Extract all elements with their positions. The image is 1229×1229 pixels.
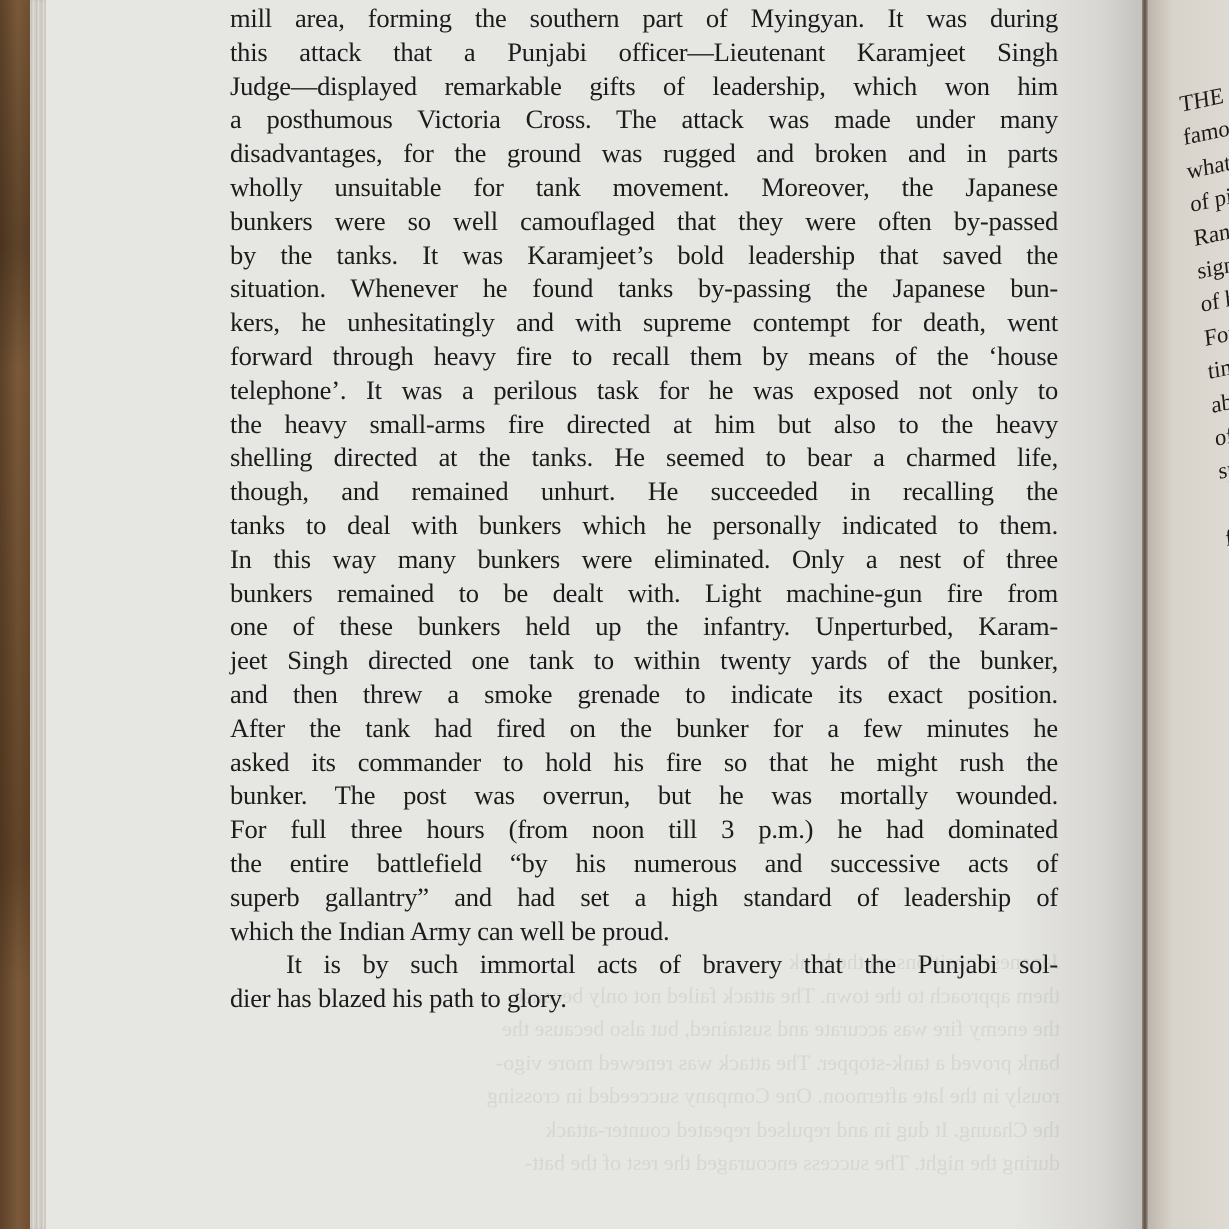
text-line: one of these bunkers held up the infantr… (230, 610, 1058, 644)
right-book-page: THE J famous what K of pilg Ranjit signa… (1148, 0, 1229, 1229)
body-text: mill area, forming the southern part of … (230, 2, 1058, 1016)
text-line: asked its commander to hold his fire so … (230, 746, 1058, 780)
text-line: superb gallantry” and had set a high sta… (230, 881, 1058, 915)
text-line: wholly unsuitable for tank movement. Mor… (230, 171, 1058, 205)
text-line: forward through heavy fire to recall the… (230, 340, 1058, 374)
text-line: After the tank had fired on the bunker f… (230, 712, 1058, 746)
text-line: Judge—displayed remarkable gifts of lead… (230, 70, 1058, 104)
text-line: bunkers were so well camouflaged that th… (230, 205, 1058, 239)
text-line: mill area, forming the southern part of … (230, 2, 1058, 36)
text-line: bunker. The post was overrun, but he was… (230, 779, 1058, 813)
paragraph-end-line: which the Indian Army can well be proud. (230, 915, 1058, 949)
paragraph-end-line: dier has blazed his path to glory. (230, 982, 1058, 1016)
text-line: and then threw a smoke grenade to indica… (230, 678, 1058, 712)
text-line: the entire battlefield “by his numerous … (230, 847, 1058, 881)
text-line: this attack that a Punjabi officer—Lieut… (230, 36, 1058, 70)
text-line: a posthumous Victoria Cross. The attack … (230, 103, 1058, 137)
text-fragment: THE J (1178, 46, 1229, 121)
text-line: shelling directed at the tanks. He seeme… (230, 441, 1058, 475)
text-line: bunkers remained to be dealt with. Light… (230, 577, 1058, 611)
text-line: For full three hours (from noon till 3 p… (230, 813, 1058, 847)
text-line: kers, he unhesitatingly and with supreme… (230, 306, 1058, 340)
text-line: situation. Whenever he found tanks by-pa… (230, 272, 1058, 306)
right-page-text: THE J famous what K of pilg Ranjit signa… (1178, 46, 1229, 1157)
text-line: the heavy small-arms fire directed at hi… (230, 408, 1058, 442)
text-line: In this way many bunkers were eliminated… (230, 543, 1058, 577)
text-line: jeet Singh directed one tank to within t… (230, 644, 1058, 678)
text-line: disadvantages, for the ground was rugged… (230, 137, 1058, 171)
paragraph-start-line: It is by such immortal acts of bravery t… (230, 948, 1058, 982)
text-line: tanks to deal with bunkers which he pers… (230, 509, 1058, 543)
text-line: telephone’. It was a perilous task for h… (230, 374, 1058, 408)
text-line: by the tanks. It was Karamjeet’s bold le… (230, 239, 1058, 273)
text-line: though, and remained unhurt. He succeede… (230, 475, 1058, 509)
